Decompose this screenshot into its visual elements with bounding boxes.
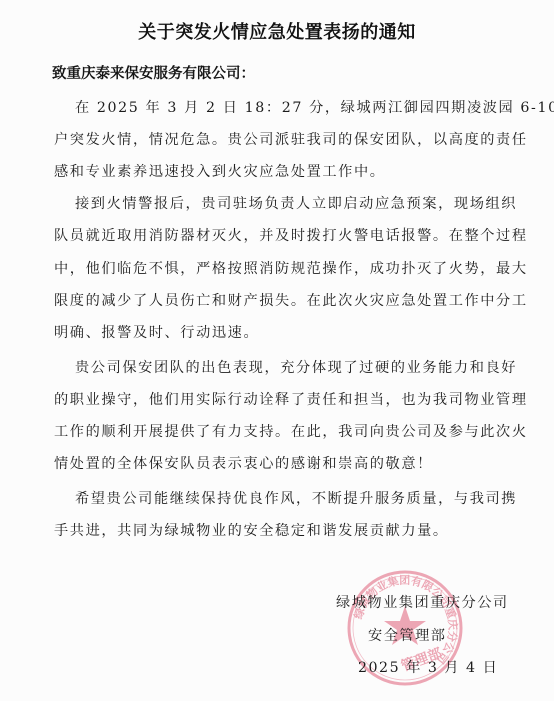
paragraph-1-line-3: 感和专业素养迅速投入到火灾应急处置工作中。 xyxy=(54,161,482,181)
paragraph-2-line-4: 限度的减少了人员伤亡和财产损失。在此次火灾应急处置工作中分工 xyxy=(54,290,482,310)
paragraph-4-line-1: 希望贵公司能继续保持优良作风，不断提升服务质量，与我司携 xyxy=(75,488,482,508)
document-title: 关于突发火情应急处置表扬的通知 xyxy=(0,18,554,44)
paragraph-2-line-1: 接到火情警报后，贵司驻场负责人立即启动应急预案，现场组织 xyxy=(75,193,482,213)
paragraph-2-line-5: 明确、报警及时、行动迅速。 xyxy=(54,322,482,342)
paragraph-2-line-2: 队员就近取用消防器材灭火，并及时拨打火警电话报警。在整个过程 xyxy=(54,225,482,245)
signature-department: 安全管理部 xyxy=(368,625,446,645)
signature-organization: 绿城物业集团重庆分公司 xyxy=(336,592,509,612)
paragraph-3-line-2: 的职业操守，他们用实际行动诠释了责任和担当，也为我司物业管理 xyxy=(54,389,482,409)
paragraph-3-line-4: 情处置的全体保安队员表示衷心的感谢和崇高的敬意！ xyxy=(54,453,482,473)
paragraph-2-line-3: 中，他们临危不惧，严格按照消防规范操作，成功扑灭了火势，最大 xyxy=(54,258,482,278)
paragraph-3-line-3: 工作的顺利开展提供了有力支持。在此，我司向贵公司及参与此次火 xyxy=(54,421,482,441)
salutation: 致重庆泰来保安服务有限公司： xyxy=(52,62,255,83)
paragraph-1-line-1: 在 2025 年 3 月 2 日 18：27 分，绿城两江御园四期凌波园 6-1… xyxy=(75,97,482,117)
document-page: 关于突发火情应急处置表扬的通知 致重庆泰来保安服务有限公司： 在 2025 年 … xyxy=(0,0,554,701)
paragraph-4-line-2: 手共进，共同为绿城物业的安全稳定和谐发展贡献力量。 xyxy=(54,520,482,540)
signature-date: 2025 年 3 月 4 日 xyxy=(358,657,498,677)
paragraph-3-line-1: 贵公司保安团队的出色表现，充分体现了过硬的业务能力和良好 xyxy=(75,357,482,377)
paragraph-1-line-2: 户突发火情，情况危急。贵公司派驻我司的保安团队，以高度的责任 xyxy=(54,129,482,149)
